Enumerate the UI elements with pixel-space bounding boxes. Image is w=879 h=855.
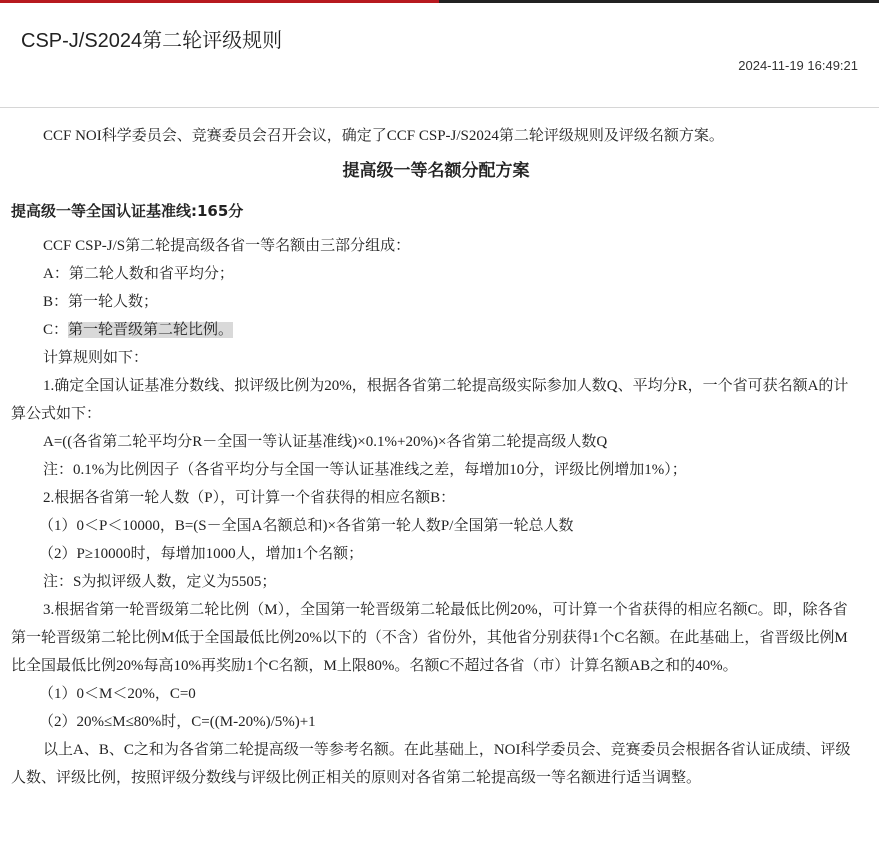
publish-datetime: 2024-11-19 16:49:21 bbox=[738, 58, 858, 73]
part-b: B：第一轮人数； bbox=[11, 288, 861, 316]
part-text: 第一轮人数； bbox=[68, 294, 158, 310]
header-divider bbox=[0, 107, 879, 108]
rule-1-formula: A=((各省第二轮平均分R－全国一等认证基准线)×0.1%+20%)×各省第二轮… bbox=[11, 428, 861, 456]
part-c: C：第一轮晋级第二轮比例。 bbox=[11, 316, 861, 344]
page-title: CSP-J/S2024第二轮评级规则 bbox=[21, 24, 282, 53]
baseline-score: 提高级一等全国认证基准线:165分 bbox=[11, 196, 861, 226]
section-heading: 提高级一等名额分配方案 bbox=[11, 156, 861, 186]
part-label: B： bbox=[43, 294, 68, 310]
rule-2: 2.根据各省第一轮人数（P），可计算一个省获得的相应名额B： bbox=[11, 484, 861, 512]
rule-2-item: （1）0＜P＜10000，B=(S－全国A名额总和)×各省第一轮人数P/全国第一… bbox=[11, 512, 861, 540]
top-accent-bar bbox=[0, 0, 879, 3]
rule-1-note: 注：0.1%为比例因子（各省平均分与全国一等认证基准线之差，每增加10分，评级比… bbox=[11, 456, 861, 484]
rule-1: 1.确定全国认证基准分数线、拟评级比例为20%，根据各省第二轮提高级实际参加人数… bbox=[11, 372, 861, 428]
part-label: A： bbox=[43, 266, 69, 282]
rules-intro: 计算规则如下： bbox=[11, 344, 861, 372]
highlighted-text[interactable]: 第一轮晋级第二轮比例。 bbox=[68, 322, 233, 338]
rule-3: 3.根据省第一轮晋级第二轮比例（M），全国第一轮晋级第二轮最低比例20%，可计算… bbox=[11, 596, 861, 680]
top-accent-bar-red bbox=[0, 0, 439, 3]
intro-paragraph: CCF NOI科学委员会、竞赛委员会召开会议，确定了CCF CSP-J/S202… bbox=[11, 122, 861, 150]
part-a: A：第二轮人数和省平均分； bbox=[11, 260, 861, 288]
article-body: CCF NOI科学委员会、竞赛委员会召开会议，确定了CCF CSP-J/S202… bbox=[11, 122, 861, 792]
rule-2-note: 注：S为拟评级人数，定义为5505； bbox=[11, 568, 861, 596]
part-text: 第二轮人数和省平均分； bbox=[69, 266, 234, 282]
rule-2-item: （2）P≥10000时，每增加1000人，增加1个名额； bbox=[11, 540, 861, 568]
rule-3-item: （1）0＜M＜20%，C=0 bbox=[11, 680, 861, 708]
conclusion-paragraph: 以上A、B、C之和为各省第二轮提高级一等参考名额。在此基础上，NOI科学委员会、… bbox=[11, 736, 861, 792]
rule-3-item: （2）20%≤M≤80%时，C=((M-20%)/5%)+1 bbox=[11, 708, 861, 736]
composition-intro: CCF CSP-J/S第二轮提高级各省一等名额由三部分组成： bbox=[11, 232, 861, 260]
part-label: C： bbox=[43, 322, 68, 338]
